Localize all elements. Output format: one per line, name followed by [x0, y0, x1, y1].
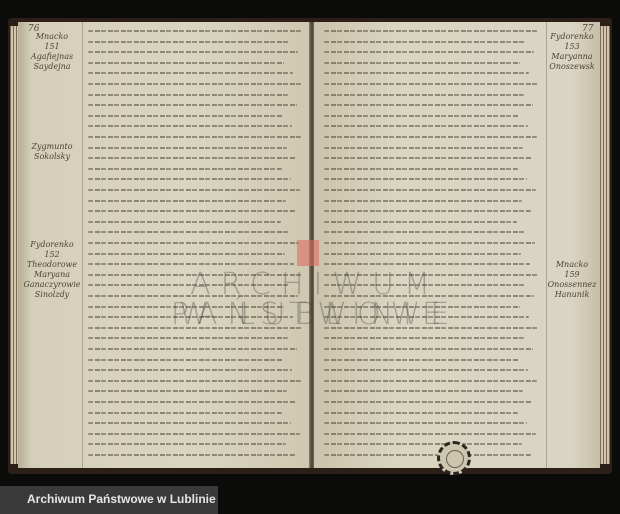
- handwriting-line: [88, 147, 287, 149]
- handwriting-line: [324, 390, 523, 392]
- handwriting-line: [88, 337, 288, 339]
- handwriting-line: [324, 412, 518, 414]
- handwriting-line: [88, 401, 296, 403]
- handwriting-line: [324, 210, 531, 212]
- handwriting-line: [324, 30, 539, 32]
- handwriting-line: [324, 359, 519, 361]
- handwriting-line: [324, 337, 524, 339]
- left-page-handwriting: [18, 30, 310, 458]
- handwriting-line: [88, 200, 286, 202]
- archive-seal-stamp: [437, 441, 471, 475]
- left-page: 76 Mnacko 151 Agafiejnas Saydejna Zygmun…: [18, 22, 310, 468]
- handwriting-line: [324, 62, 520, 64]
- handwriting-line: [88, 221, 281, 223]
- handwriting-line: [324, 157, 532, 159]
- handwriting-line: [88, 189, 300, 191]
- handwriting-line: [324, 83, 538, 85]
- handwriting-line: [324, 242, 535, 244]
- handwriting-line: [324, 422, 527, 424]
- document-viewer: 76 Mnacko 151 Agafiejnas Saydejna Zygmun…: [0, 0, 620, 514]
- handwriting-line: [88, 104, 297, 106]
- handwriting-line: [88, 359, 283, 361]
- handwriting-line: [88, 433, 300, 435]
- handwriting-line: [324, 168, 518, 170]
- handwriting-line: [88, 390, 287, 392]
- handwriting-line: [324, 147, 523, 149]
- handwriting-line: [88, 41, 289, 43]
- right-page-handwriting: [314, 30, 600, 458]
- handwriting-line: [88, 157, 296, 159]
- handwriting-line: [88, 369, 292, 371]
- seal-center: [446, 450, 464, 468]
- right-page: 77 Fydorenko 153 Maryanna Onoszewsk Mnac…: [314, 22, 600, 468]
- handwriting-line: [324, 369, 528, 371]
- handwriting-line: [88, 136, 301, 138]
- handwriting-line: [88, 125, 292, 127]
- handwriting-line: [324, 94, 524, 96]
- handwriting-line: [88, 168, 282, 170]
- footer-bar: Archiwum Państwowe w Lublinie: [0, 486, 218, 514]
- handwriting-line: [88, 231, 290, 233]
- handwriting-line: [324, 443, 522, 445]
- right-page-edges: [600, 26, 610, 464]
- handwriting-line: [324, 115, 519, 117]
- handwriting-line: [88, 62, 284, 64]
- archive-name-label: Archiwum Państwowe w Lublinie: [27, 492, 216, 506]
- watermark-line-2: W LUBLINIE: [130, 300, 500, 330]
- handwriting-line: [324, 380, 537, 382]
- handwriting-line: [324, 433, 536, 435]
- handwriting-line: [88, 443, 286, 445]
- handwriting-line: [324, 348, 533, 350]
- handwriting-line: [324, 41, 525, 43]
- handwriting-line: [88, 380, 301, 382]
- handwriting-line: [88, 412, 282, 414]
- handwriting-line: [88, 454, 295, 456]
- handwriting-line: [324, 136, 537, 138]
- handwriting-line: [88, 242, 299, 244]
- handwriting-line: [324, 454, 531, 456]
- handwriting-line: [324, 51, 534, 53]
- handwriting-line: [324, 72, 529, 74]
- handwriting-line: [324, 104, 533, 106]
- handwriting-line: [324, 178, 527, 180]
- handwriting-line: [88, 178, 291, 180]
- handwriting-line: [324, 189, 536, 191]
- handwriting-line: [88, 348, 297, 350]
- handwriting-line: [88, 30, 303, 32]
- handwriting-line: [88, 263, 294, 265]
- handwriting-line: [88, 94, 288, 96]
- handwriting-line: [88, 51, 298, 53]
- handwriting-line: [324, 253, 521, 255]
- handwriting-line: [88, 72, 293, 74]
- handwriting-line: [88, 83, 302, 85]
- red-color-marker: [297, 240, 319, 266]
- handwriting-line: [324, 263, 530, 265]
- handwriting-line: [88, 253, 285, 255]
- handwriting-line: [324, 221, 517, 223]
- handwriting-line: [324, 125, 528, 127]
- handwriting-line: [324, 231, 526, 233]
- handwriting-line: [88, 422, 291, 424]
- handwriting-line: [324, 200, 522, 202]
- handwriting-line: [324, 401, 532, 403]
- handwriting-line: [88, 210, 295, 212]
- handwriting-line: [88, 115, 283, 117]
